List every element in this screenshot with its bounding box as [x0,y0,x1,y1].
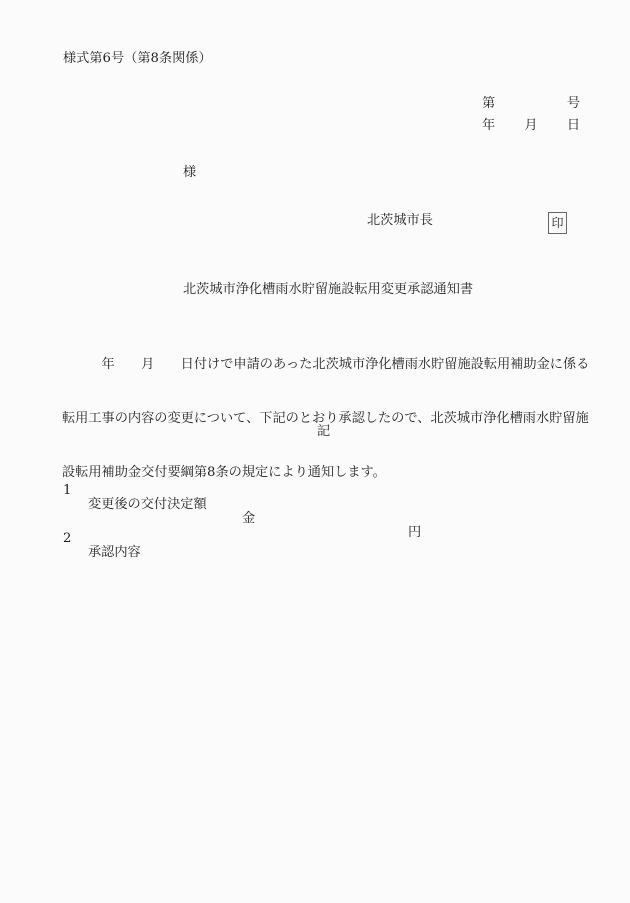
addressee-honorific: 様 [183,166,196,180]
date-day-label: 日 [567,119,580,133]
record-marker: 記 [317,425,330,439]
sender-title: 北茨城市長 [367,214,433,228]
date-row: 年 月 日 [482,119,580,133]
body-paragraph: 年 月 日付けで申請のあった北茨城市浄化槽雨水貯留施設転用補助金に係る 転用工事… [62,324,594,515]
document-title: 北茨城市浄化槽雨水貯留施設転用変更承認通知書 [183,283,473,297]
date-month-label: 月 [524,119,537,133]
document-number-row: 第 号 [482,97,580,111]
document-number-prefix: 第 [482,97,495,111]
item-number: 2 [63,532,71,546]
seal-stamp: 印 [548,212,567,234]
item-label: 変更後の交付決定額 [88,498,207,512]
document-page: 様式第6号（第8条関係） 第 号 年 月 日 様 北茨城市長 印 北茨城市浄化槽… [0,0,630,903]
date-year-label: 年 [482,119,495,133]
form-number: 様式第6号（第8条関係） [63,52,212,66]
item-row-approval-details: 2 承認内容 [0,518,630,534]
document-number-suffix: 号 [567,97,580,111]
item-label: 承認内容 [88,546,141,560]
item-row-decided-amount: 1 変更後の交付決定額 金 円 [0,470,630,486]
item-number: 1 [63,484,71,498]
body-line-1: 年 月 日付けで申請のあった北茨城市浄化槽雨水貯留施設転用補助金に係る [62,352,594,378]
